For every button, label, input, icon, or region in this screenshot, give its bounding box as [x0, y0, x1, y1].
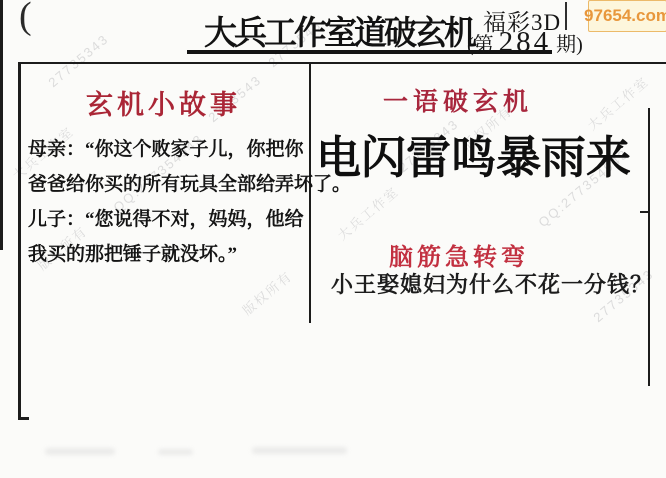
scan-edge-strip — [0, 0, 3, 250]
site-link-badge[interactable]: 97654.com — [588, 0, 666, 32]
issue-prefix: (第 — [467, 28, 494, 57]
watermark-text: 版权所有 — [238, 266, 296, 319]
scan-smudge — [45, 448, 115, 455]
phrase-section-title: 一语破玄机 — [383, 82, 533, 118]
box-left-border — [18, 62, 21, 420]
issue-line: (第 284 期) — [467, 26, 583, 59]
story-line: 我买的那把锤子就没坏。” — [28, 237, 314, 272]
header-divider — [565, 2, 567, 30]
story-text: 母亲：“你这个败家子儿，你把你 爸爸给你买的所有玩具全部给弄坏了。 儿子：“您说… — [28, 132, 314, 272]
story-line: 母亲：“你这个败家子儿，你把你 — [28, 132, 314, 167]
lottery-tip-sheet: 27735343 大兵工作室 版权所有 QQ:277354943 2773543… — [0, 0, 666, 478]
story-line: 儿子：“您说得不对，妈妈，他给 — [28, 202, 314, 237]
box-right-border — [648, 108, 650, 386]
watermark-text: 27735343 — [45, 31, 111, 90]
issue-suffix: 期) — [556, 28, 583, 57]
story-line: 爸爸给你买的所有玩具全部给弄坏了。 — [28, 167, 314, 202]
story-section-title: 玄机小故事 — [86, 83, 241, 122]
scan-smudge — [252, 447, 347, 454]
issue-number: 284 — [499, 26, 552, 59]
box-right-tick — [640, 211, 650, 213]
page-title: 大兵工作室道破玄机 — [204, 7, 474, 54]
teaser-section-title: 脑筋急转弯 — [389, 237, 529, 272]
stray-parenthesis: ( — [19, 0, 32, 38]
scan-smudge — [158, 449, 193, 455]
teaser-question: 小王娶媳妇为什么不花一分钱？ — [331, 268, 653, 299]
box-top-border — [18, 62, 666, 64]
mystery-phrase: 电闪雷鸣暴雨来 — [316, 121, 631, 186]
box-left-border-foot — [18, 417, 29, 420]
